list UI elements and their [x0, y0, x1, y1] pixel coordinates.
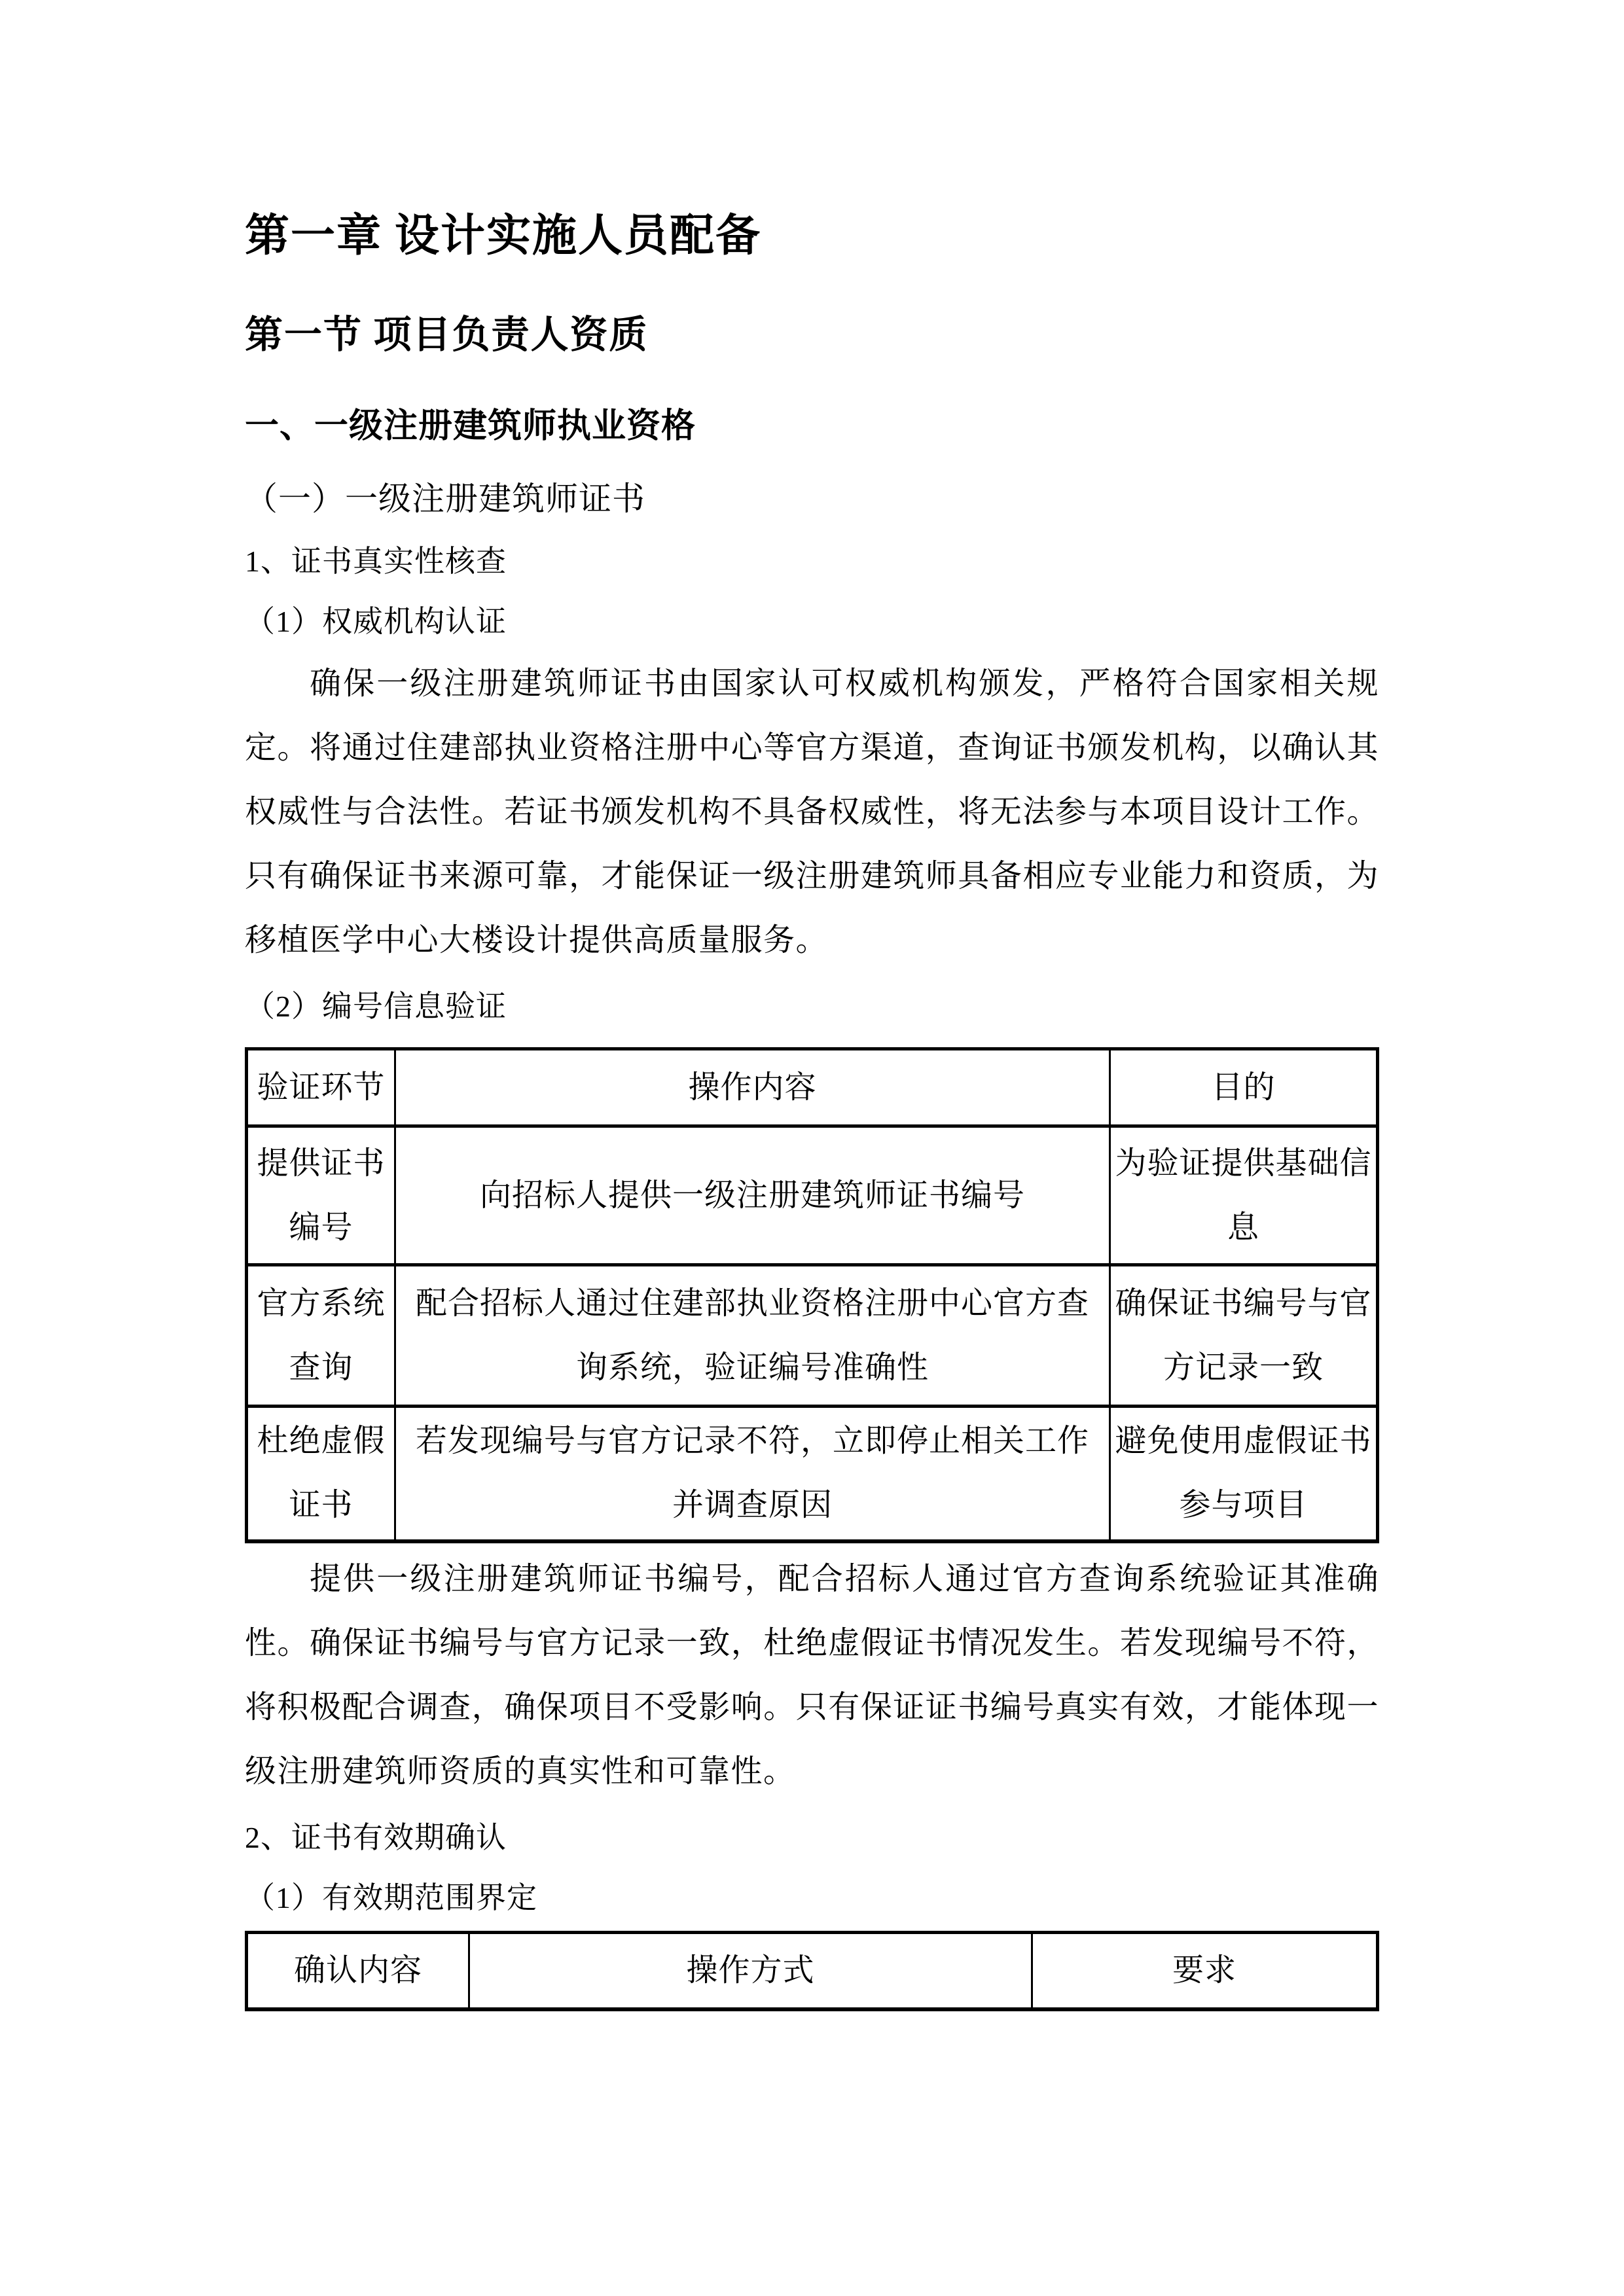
table-cell: 避免使用虚假证书参与项目	[1110, 1407, 1378, 1541]
table-row: 杜绝虚假证书若发现编号与官方记录不符，立即停止相关工作并调查原因避免使用虚假证书…	[247, 1407, 1378, 1541]
verification-table: 验证环节操作内容目的提供证书编号向招标人提供一级注册建筑师证书编号为验证提供基础…	[245, 1047, 1379, 1543]
table-header-row: 验证环节操作内容目的	[247, 1049, 1378, 1126]
table-row: 官方系统查询配合招标人通过住建部执业资格注册中心官方查询系统，验证编号准确性确保…	[247, 1265, 1378, 1407]
table-header-cell: 目的	[1110, 1049, 1378, 1126]
section-heading: 第一节 项目负责人资质	[245, 305, 1379, 365]
document-page: 第一章 设计实施人员配备 第一节 项目负责人资质 一、一级注册建筑师执业资格 （…	[0, 0, 1624, 2296]
table-header-cell: 操作内容	[395, 1049, 1110, 1126]
table-header-cell: 验证环节	[247, 1049, 395, 1126]
table-cell: 官方系统查询	[247, 1265, 395, 1407]
table-header-cell: 确认内容	[247, 1932, 469, 2009]
table-header-cell: 要求	[1032, 1932, 1378, 2009]
paragraph-authority-certification: 确保一级注册建筑师证书由国家认可权威机构颁发，严格符合国家相关规定。将通过住建部…	[245, 652, 1379, 973]
table-cell: 为验证提供基础信息	[1110, 1126, 1378, 1265]
numbered-item-2: 2、证书有效期确认	[245, 1812, 1379, 1864]
table-row: 提供证书编号向招标人提供一级注册建筑师证书编号为验证提供基础信息	[247, 1126, 1378, 1265]
table-cell: 向招标人提供一级注册建筑师证书编号	[395, 1126, 1110, 1265]
table-cell: 若发现编号与官方记录不符，立即停止相关工作并调查原因	[395, 1407, 1110, 1541]
subsection-heading: 一、一级注册建筑师执业资格	[245, 398, 1379, 456]
table-cell: 确保证书编号与官方记录一致	[1110, 1265, 1378, 1407]
numbered-item-1: 1、证书真实性核查	[245, 535, 1379, 588]
table-header-cell: 操作方式	[469, 1932, 1032, 2009]
numbered-item-2-1: （1）有效期范围界定	[245, 1872, 1379, 1924]
numbered-item-1-1: （1）权威机构认证	[245, 596, 1379, 648]
paragraph-number-verification: 提供一级注册建筑师证书编号，配合招标人通过官方查询系统验证其准确性。确保证书编号…	[245, 1547, 1379, 1804]
table-cell: 杜绝虚假证书	[247, 1407, 395, 1541]
table-cell: 提供证书编号	[247, 1126, 395, 1265]
item-heading-certificate: （一）一级注册建筑师证书	[245, 470, 1379, 528]
validity-table: 确认内容操作方式要求	[245, 1931, 1379, 2012]
chapter-heading: 第一章 设计实施人员配备	[245, 204, 1379, 267]
numbered-item-1-2: （2）编号信息验证	[245, 980, 1379, 1033]
table-header-row: 确认内容操作方式要求	[247, 1932, 1378, 2009]
table-cell: 配合招标人通过住建部执业资格注册中心官方查询系统，验证编号准确性	[395, 1265, 1110, 1407]
